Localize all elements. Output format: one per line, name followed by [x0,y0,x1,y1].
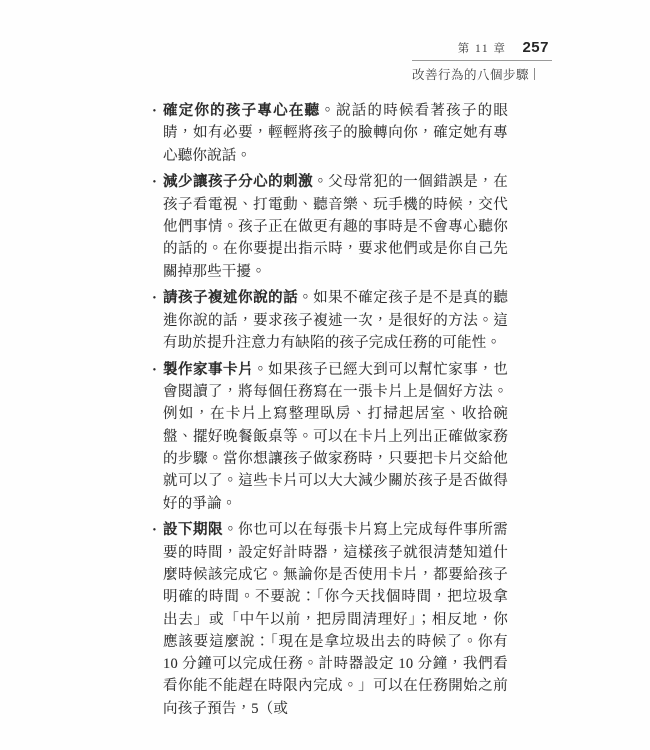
page-number: 257 [522,39,549,56]
chapter-label: 第 11 章 [458,40,507,56]
header-bottom-row: 改善行為的八個步驟 [412,65,552,83]
book-page: 第 11 章 257 改善行為的八個步驟 ·確定你的孩子專心在聽。說話的時候看著… [0,0,650,750]
section-title: 改善行為的八個步驟 [412,65,529,83]
page-content: ·確定你的孩子專心在聽。說話的時候看著孩子的眼睛，如有必要，輕輕將孩子的臉轉向你… [152,100,508,725]
bullet-list: ·確定你的孩子專心在聽。說話的時候看著孩子的眼睛，如有必要，輕輕將孩子的臉轉向你… [152,100,508,720]
page-header: 第 11 章 257 改善行為的八個步驟 [412,39,552,83]
bullet-heading: 請孩子複述你說的話 [163,290,298,306]
list-item: ·製作家事卡片。如果孩子已經大到可以幫忙家事，也會閱讀了，將每個任務寫在一張卡片… [152,359,508,515]
bullet-icon: · [152,359,157,381]
list-item: ·減少讓孩子分心的刺激。父母常犯的一個錯誤是，在孩子看電視、打電動、聽音樂、玩手… [152,171,508,282]
header-rule [412,60,552,61]
bullet-icon: · [152,171,157,193]
list-item: ·設下期限。你也可以在每張卡片寫上完成每件事所需要的時間，設定好計時器，這樣孩子… [152,519,508,720]
bullet-heading: 設下期限 [163,522,223,538]
list-item: ·確定你的孩子專心在聽。說話的時候看著孩子的眼睛，如有必要，輕輕將孩子的臉轉向你… [152,100,508,167]
heading-separator-text: 。 [313,174,328,190]
bullet-heading: 確定你的孩子專心在聽 [163,103,320,119]
heading-separator-text: 。 [253,362,268,378]
header-top-row: 第 11 章 257 [412,39,552,56]
bullet-heading: 製作家事卡片 [163,362,253,378]
list-item: ·請孩子複述你說的話。如果不確定孩子是不是真的聽進你說的話，要求孩子複述一次，是… [152,287,508,354]
heading-separator-text: 。 [320,103,336,119]
bullet-body-text: 如果孩子已經大到可以幫忙家事，也會閱讀了，將每個任務寫在一張卡片上是個好方法。例… [163,362,508,512]
heading-separator-text: 。 [223,522,238,538]
section-title-separator-icon [534,68,535,80]
bullet-icon: · [152,287,157,309]
bullet-body-text: 你也可以在每張卡片寫上完成每件事所需要的時間，設定好計時器，這樣孩子就很清楚知道… [163,522,508,716]
bullet-heading: 減少讓孩子分心的刺激 [163,174,313,190]
bullet-icon: · [152,519,157,541]
bullet-icon: · [152,100,157,122]
heading-separator-text: 。 [298,290,313,306]
